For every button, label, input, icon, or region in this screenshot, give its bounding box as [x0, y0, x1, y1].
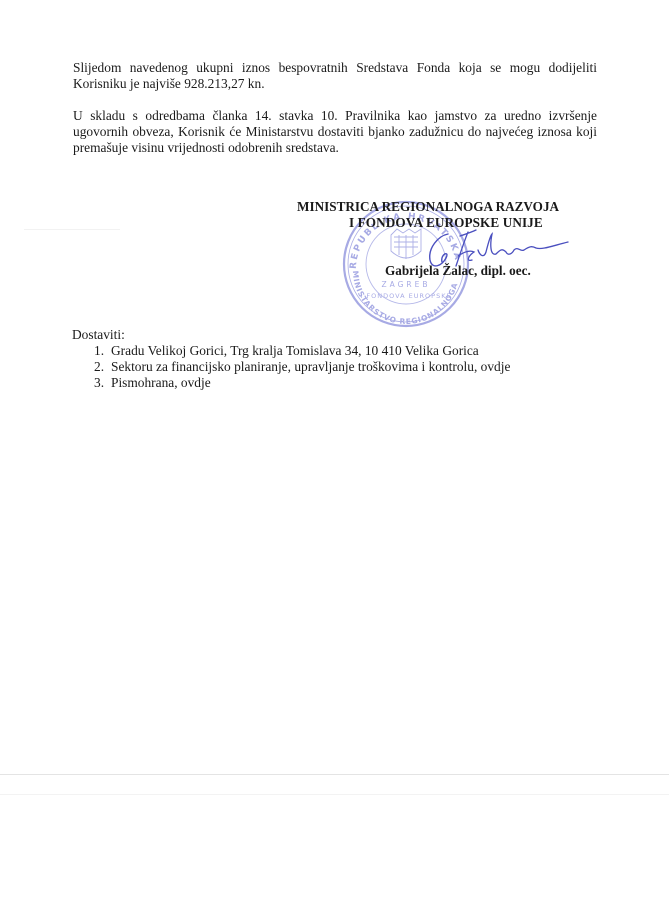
recipients-list: 1. Gradu Velikoj Gorici, Trg kralja Tomi…: [94, 343, 510, 391]
recipient-item: 2. Sektoru za financijsko planiranje, up…: [94, 359, 510, 375]
recipient-text: Pismohrana, ovdje: [111, 375, 211, 390]
signatory-title-line-2: I FONDOVA EUROPSKE UNIJE: [349, 215, 543, 231]
document-page: Slijedom navedenog ukupni iznos bespovra…: [0, 0, 669, 916]
svg-text:ZAGREB: ZAGREB: [381, 280, 430, 289]
recipient-item: 1. Gradu Velikoj Gorici, Trg kralja Tomi…: [94, 343, 510, 359]
recipient-item: 3. Pismohrana, ovdje: [94, 375, 510, 391]
page-divider: [0, 794, 669, 795]
recipients-label: Dostaviti:: [72, 327, 125, 343]
list-number: 3.: [94, 375, 104, 391]
list-number: 1.: [94, 343, 104, 359]
svg-text:I FONDOVA EUROPSKE: I FONDOVA EUROPSKE: [360, 292, 451, 300]
recipient-text: Gradu Velikoj Gorici, Trg kralja Tomisla…: [111, 343, 479, 358]
signature-block: MINISTRICA REGIONALNOGA RAZVOJA I FONDOV…: [0, 0, 669, 330]
signatory-name: Gabrijela Žalac, dipl. oec.: [385, 263, 531, 279]
page-divider: [0, 774, 669, 775]
recipient-text: Sektoru za financijsko planiranje, uprav…: [111, 359, 510, 374]
list-number: 2.: [94, 359, 104, 375]
signatory-title-line-1: MINISTRICA REGIONALNOGA RAZVOJA: [297, 199, 559, 215]
